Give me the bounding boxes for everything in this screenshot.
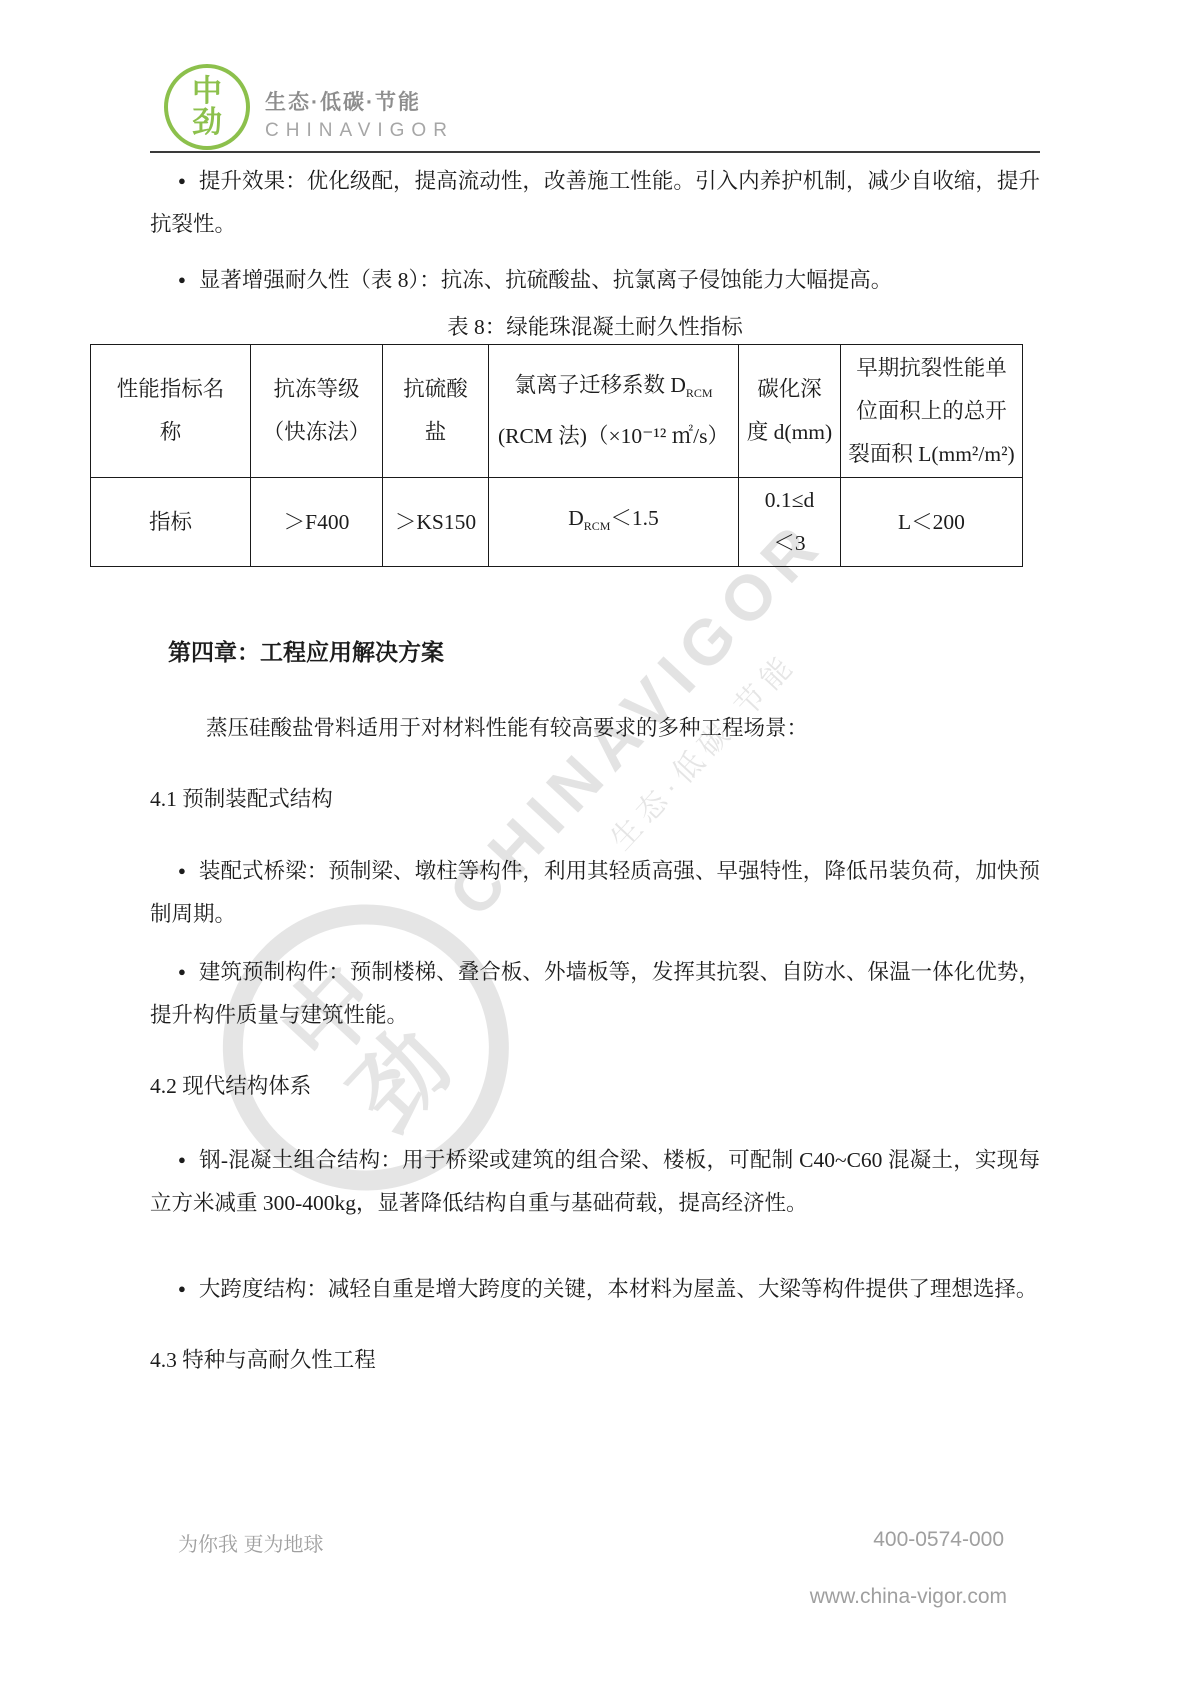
header-cell-chloride: 氯离子迁移系数 DRCM (RCM 法)（×10⁻¹² ㎡/s） bbox=[489, 345, 739, 478]
bullet-text: 建筑预制构件：预制楼梯、叠合板、外墙板等，发挥其抗裂、自防水、保温一体化优势，提… bbox=[150, 960, 1040, 1027]
bullet-icon bbox=[178, 960, 199, 984]
chapter-heading: 第四章：工程应用解决方案 bbox=[150, 631, 1040, 675]
header-cell-sulfate: 抗硫酸 盐 bbox=[383, 345, 489, 478]
bullet-item: 提升效果：优化级配，提高流动性，改善施工性能。引入内养护机制，减少自收缩，提升抗… bbox=[150, 159, 1040, 246]
bullet-text: 钢-混凝土组合结构：用于桥梁或建筑的组合梁、楼板，可配制 C40~C60 混凝土… bbox=[150, 1148, 1040, 1215]
bullet-icon bbox=[178, 1277, 199, 1301]
cell-carbonation: 0.1≤d ＜3 bbox=[739, 478, 841, 567]
logo-brand: CHINAVIGOR bbox=[265, 120, 454, 142]
bullet-item: 钢-混凝土组合结构：用于桥梁或建筑的组合梁、楼板，可配制 C40~C60 混凝土… bbox=[150, 1138, 1040, 1225]
table-header-row: 性能指标名 称 抗冻等级 （快冻法） 抗硫酸 盐 氯离子迁移系数 DRCM (R… bbox=[91, 345, 1023, 478]
cell-cracking: L＜200 bbox=[841, 478, 1023, 567]
cell-sulfate: ＞KS150 bbox=[383, 478, 489, 567]
bullet-icon bbox=[178, 859, 199, 883]
logo-tagline: 生态·低碳·节能 bbox=[265, 86, 454, 116]
table-data-row: 指标 ＞F400 ＞KS150 DRCM＜1.5 0.1≤d ＜3 L＜200 bbox=[91, 478, 1023, 567]
table-caption: 表 8：绿能珠混凝土耐久性指标 bbox=[150, 310, 1040, 344]
header-cell-carbonation: 碳化深 度 d(mm) bbox=[739, 345, 841, 478]
document-page: 中 劲 CHINAVIGOR 生态·低碳·节能 中 劲 生态·低碳·节能 CHI… bbox=[0, 0, 1190, 1683]
document-body: 提升效果：优化级配，提高流动性，改善施工性能。引入内养护机制，减少自收缩，提升抗… bbox=[150, 159, 1040, 1382]
header-cell-cracking: 早期抗裂性能单 位面积上的总开 裂面积 L(mm²/m²) bbox=[841, 345, 1023, 478]
bullet-text: 显著增强耐久性（表 8）：抗冻、抗硫酸盐、抗氯离子侵蚀能力大幅提高。 bbox=[199, 268, 892, 292]
logo-char-bottom: 劲 bbox=[192, 107, 222, 138]
bullet-item: 大跨度结构：减轻自重是增大跨度的关键，本材料为屋盖、大梁等构件提供了理想选择。 bbox=[150, 1267, 1040, 1311]
bullet-icon bbox=[178, 1148, 199, 1172]
section-heading-4-2: 4.2 现代结构体系 bbox=[150, 1065, 1040, 1108]
bullet-icon bbox=[178, 268, 199, 292]
bullet-icon bbox=[178, 169, 199, 193]
footer-phone: 400-0574-000 bbox=[873, 1528, 1004, 1552]
intro-paragraph: 蒸压硅酸盐骨料适用于对材料性能有较高要求的多种工程场景： bbox=[150, 707, 1040, 750]
bullet-text: 大跨度结构：减轻自重是增大跨度的关键，本材料为屋盖、大梁等构件提供了理想选择。 bbox=[199, 1277, 1038, 1301]
bullet-item: 装配式桥梁：预制梁、墩柱等构件，利用其轻质高强、早强特性，降低吊装负荷，加快预制… bbox=[150, 849, 1040, 936]
bullet-text: 装配式桥梁：预制梁、墩柱等构件，利用其轻质高强、早强特性，降低吊装负荷，加快预制… bbox=[150, 859, 1040, 926]
page-header: 中 劲 生态·低碳·节能 CHINAVIGOR bbox=[150, 0, 1040, 153]
cell-frost: ＞F400 bbox=[251, 478, 383, 567]
cell-chloride: DRCM＜1.5 bbox=[489, 478, 739, 567]
bullet-item: 建筑预制构件：预制楼梯、叠合板、外墙板等，发挥其抗裂、自防水、保温一体化优势，提… bbox=[150, 950, 1040, 1037]
durability-table: 性能指标名 称 抗冻等级 （快冻法） 抗硫酸 盐 氯离子迁移系数 DRCM (R… bbox=[90, 344, 1023, 567]
bullet-item: 显著增强耐久性（表 8）：抗冻、抗硫酸盐、抗氯离子侵蚀能力大幅提高。 bbox=[150, 258, 1040, 302]
section-heading-4-3: 4.3 特种与高耐久性工程 bbox=[150, 1339, 1040, 1382]
header-cell-name: 性能指标名 称 bbox=[91, 345, 251, 478]
section-heading-4-1: 4.1 预制装配式结构 bbox=[150, 778, 1040, 821]
bullet-text: 提升效果：优化级配，提高流动性，改善施工性能。引入内养护机制，减少自收缩，提升抗… bbox=[150, 169, 1040, 236]
footer-website: www.china-vigor.com bbox=[810, 1585, 1007, 1609]
footer-slogan: 为你我 更为地球 bbox=[178, 1528, 324, 1557]
company-logo-icon: 中 劲 bbox=[164, 64, 250, 150]
header-cell-frost: 抗冻等级 （快冻法） bbox=[251, 345, 383, 478]
logo-char-top: 中 bbox=[192, 76, 222, 107]
cell-name: 指标 bbox=[91, 478, 251, 567]
